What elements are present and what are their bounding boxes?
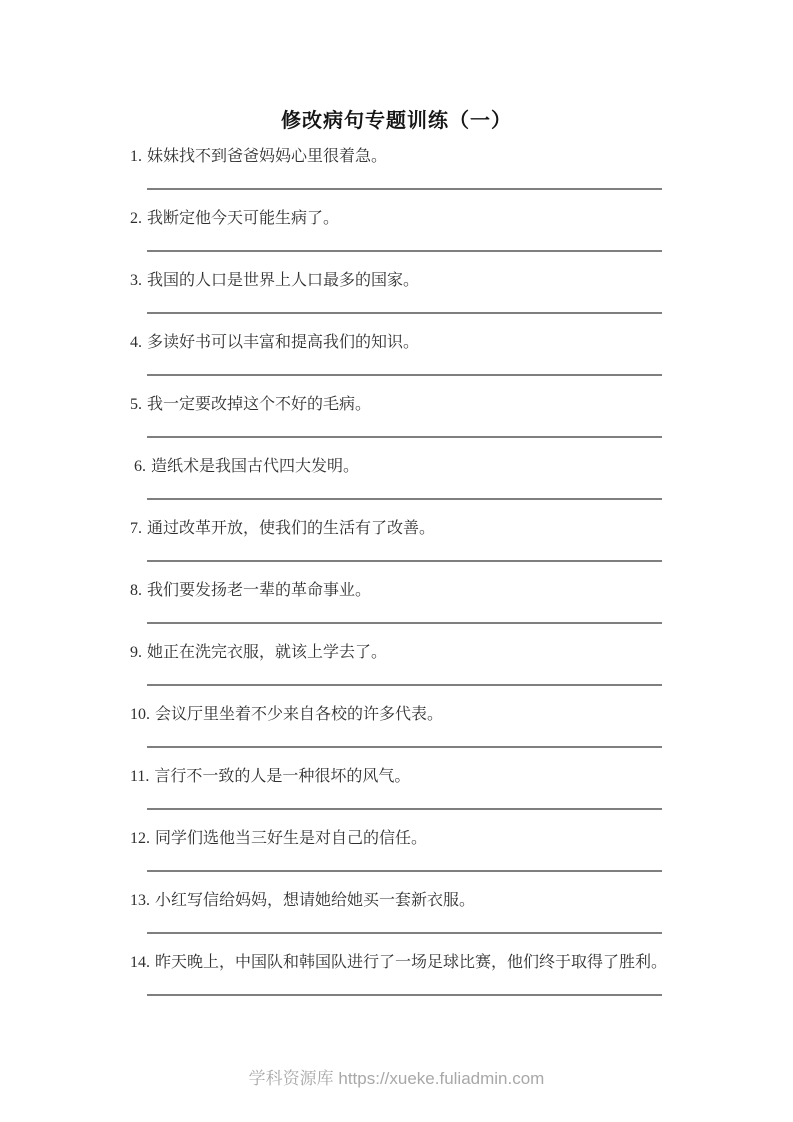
sentence-text: 8.我们要发扬老一辈的革命事业。 xyxy=(130,580,793,601)
item-number: 5. xyxy=(130,396,142,413)
exercise-item-6: 6.造纸术是我国古代四大发明。 xyxy=(130,456,793,500)
item-number: 12. xyxy=(130,830,150,847)
item-sentence: 我断定他今天可能生病了。 xyxy=(147,210,339,227)
item-number: 11. xyxy=(130,768,149,785)
sentence-text: 9.她正在洗完衣服，就该上学去了。 xyxy=(130,642,793,663)
item-sentence: 小红写信给妈妈，想请她给她买一套新衣服。 xyxy=(155,892,475,909)
sentence-text: 5.我一定要改掉这个不好的毛病。 xyxy=(130,394,793,415)
answer-blank-line xyxy=(147,808,662,810)
item-number: 14. xyxy=(130,954,150,971)
exercise-item-12: 12.同学们选他当三好生是对自己的信任。 xyxy=(130,828,793,872)
answer-blank-line xyxy=(147,250,662,252)
exercise-item-1: 1.妹妹找不到爸爸妈妈心里很着急。 xyxy=(130,146,793,190)
item-sentence: 造纸术是我国古代四大发明。 xyxy=(151,458,359,475)
worksheet-page: 修改病句专题训练（一） 1.妹妹找不到爸爸妈妈心里很着急。 2.我断定他今天可能… xyxy=(0,0,793,1122)
sentence-text: 4.多读好书可以丰富和提高我们的知识。 xyxy=(130,332,793,353)
exercise-item-4: 4.多读好书可以丰富和提高我们的知识。 xyxy=(130,332,793,376)
exercise-item-7: 7.通过改革开放，使我们的生活有了改善。 xyxy=(130,518,793,562)
exercise-item-10: 10.会议厅里坐着不少来自各校的许多代表。 xyxy=(130,704,793,748)
answer-blank-line xyxy=(147,374,662,376)
answer-blank-line xyxy=(147,312,662,314)
item-number: 7. xyxy=(130,520,142,537)
sentence-text: 12.同学们选他当三好生是对自己的信任。 xyxy=(130,828,793,849)
item-number: 9. xyxy=(130,644,142,661)
item-number: 1. xyxy=(130,148,142,165)
answer-blank-line xyxy=(147,560,662,562)
answer-blank-line xyxy=(147,436,662,438)
sentence-text: 3.我国的人口是世界上人口最多的国家。 xyxy=(130,270,793,291)
answer-blank-line xyxy=(147,188,662,190)
exercise-item-9: 9.她正在洗完衣服，就该上学去了。 xyxy=(130,642,793,686)
item-sentence: 我一定要改掉这个不好的毛病。 xyxy=(147,396,371,413)
item-sentence: 通过改革开放，使我们的生活有了改善。 xyxy=(147,520,435,537)
sentence-text: 6.造纸术是我国古代四大发明。 xyxy=(130,456,793,477)
page-title: 修改病句专题训练（一） xyxy=(0,0,793,133)
exercise-item-2: 2.我断定他今天可能生病了。 xyxy=(130,208,793,252)
answer-blank-line xyxy=(147,932,662,934)
exercise-item-14: 14.昨天晚上，中国队和韩国队进行了一场足球比赛，他们终于取得了胜利。 xyxy=(130,952,793,996)
item-number: 13. xyxy=(130,892,150,909)
answer-blank-line xyxy=(147,870,662,872)
sentence-text: 7.通过改革开放，使我们的生活有了改善。 xyxy=(130,518,793,539)
item-sentence: 我们要发扬老一辈的革命事业。 xyxy=(147,582,371,599)
item-number: 10. xyxy=(130,706,150,723)
item-sentence: 她正在洗完衣服，就该上学去了。 xyxy=(147,644,387,661)
footer-watermark: 学科资源库 https://xueke.fuliadmin.com xyxy=(0,1064,793,1089)
item-sentence: 同学们选他当三好生是对自己的信任。 xyxy=(155,830,427,847)
exercise-item-13: 13.小红写信给妈妈，想请她给她买一套新衣服。 xyxy=(130,890,793,934)
item-sentence: 会议厅里坐着不少来自各校的许多代表。 xyxy=(155,706,443,723)
sentence-text: 11.言行不一致的人是一种很坏的风气。 xyxy=(130,766,793,787)
item-sentence: 我国的人口是世界上人口最多的国家。 xyxy=(147,272,419,289)
item-number: 3. xyxy=(130,272,142,289)
item-number: 8. xyxy=(130,582,142,599)
exercise-list: 1.妹妹找不到爸爸妈妈心里很着急。 2.我断定他今天可能生病了。 3.我国的人口… xyxy=(0,146,793,996)
item-sentence: 妹妹找不到爸爸妈妈心里很着急。 xyxy=(147,148,387,165)
item-sentence: 昨天晚上，中国队和韩国队进行了一场足球比赛，他们终于取得了胜利。 xyxy=(155,954,667,971)
item-number: 2. xyxy=(130,210,142,227)
sentence-text: 14.昨天晚上，中国队和韩国队进行了一场足球比赛，他们终于取得了胜利。 xyxy=(130,952,793,973)
sentence-text: 13.小红写信给妈妈，想请她给她买一套新衣服。 xyxy=(130,890,793,911)
exercise-item-11: 11.言行不一致的人是一种很坏的风气。 xyxy=(130,766,793,810)
answer-blank-line xyxy=(147,746,662,748)
answer-blank-line xyxy=(147,684,662,686)
answer-blank-line xyxy=(147,622,662,624)
item-number: 6. xyxy=(134,458,146,475)
item-number: 4. xyxy=(130,334,142,351)
sentence-text: 1.妹妹找不到爸爸妈妈心里很着急。 xyxy=(130,146,793,167)
exercise-item-8: 8.我们要发扬老一辈的革命事业。 xyxy=(130,580,793,624)
sentence-text: 10.会议厅里坐着不少来自各校的许多代表。 xyxy=(130,704,793,725)
answer-blank-line xyxy=(147,994,662,996)
item-sentence: 言行不一致的人是一种很坏的风气。 xyxy=(154,768,410,785)
item-sentence: 多读好书可以丰富和提高我们的知识。 xyxy=(147,334,419,351)
answer-blank-line xyxy=(147,498,662,500)
sentence-text: 2.我断定他今天可能生病了。 xyxy=(130,208,793,229)
exercise-item-5: 5.我一定要改掉这个不好的毛病。 xyxy=(130,394,793,438)
exercise-item-3: 3.我国的人口是世界上人口最多的国家。 xyxy=(130,270,793,314)
